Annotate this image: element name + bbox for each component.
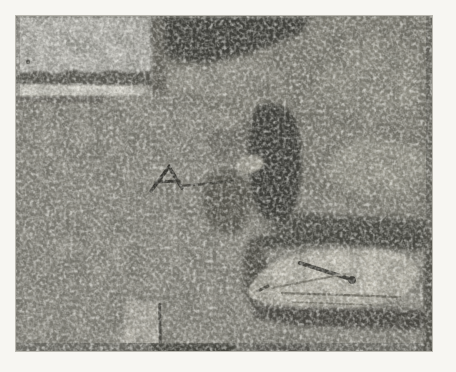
excavation-photograph xyxy=(0,0,456,372)
photo-light-specks xyxy=(15,15,433,352)
